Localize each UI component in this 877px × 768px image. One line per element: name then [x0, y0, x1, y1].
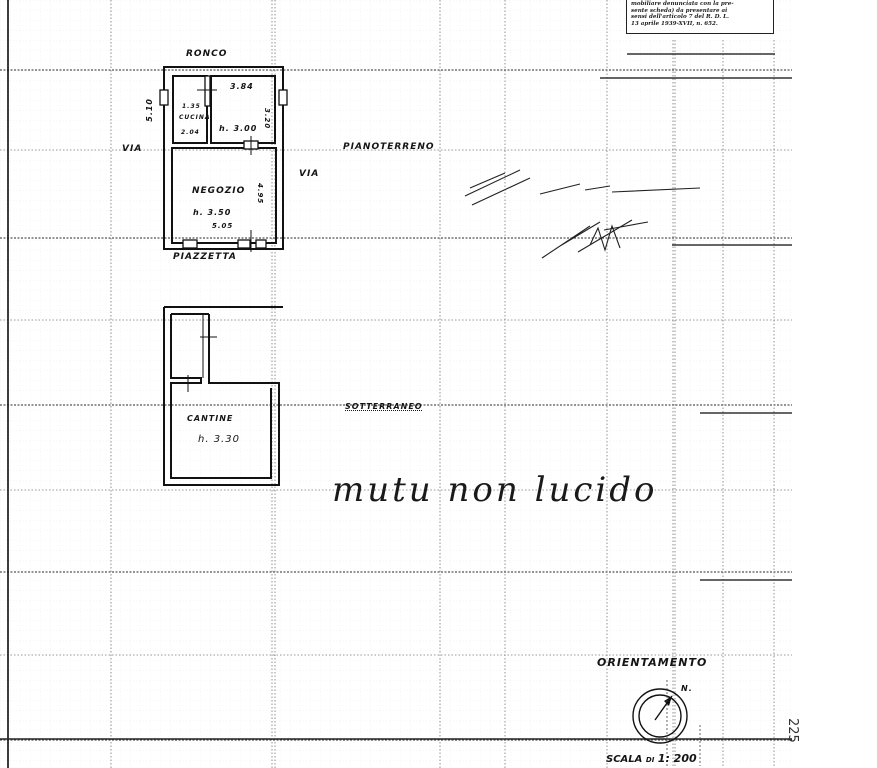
scale-of: DI [646, 756, 654, 764]
label-via-west: VIA [122, 144, 142, 154]
scale-value: 1: 200 [658, 752, 697, 765]
room-name-negozio: NEGOZIO [192, 186, 245, 196]
handwritten-note: mutu non lucido [332, 470, 658, 510]
north-label: N. [681, 684, 693, 693]
dim-room2-side: 3.20 [263, 108, 271, 129]
negozio-height: h. 3.50 [193, 208, 231, 217]
scale-label: SCALA DI 1: 200 [606, 752, 697, 765]
dim-cucina-bottom: 2.04 [181, 129, 200, 136]
cantine-height: h. 3.30 [198, 434, 240, 445]
room2-height: h. 3.00 [219, 124, 257, 133]
room-name-cucina: CUCINA [179, 114, 211, 121]
sheet-number: 225 [785, 718, 800, 743]
label-via-east: VIA [299, 169, 319, 179]
dim-cucina-top: 1.35 [182, 103, 201, 110]
label-piazzetta: PIAZZETTA [173, 252, 237, 262]
cadastral-plan-sheet: mobiliare denunciata con la pre- sente s… [0, 0, 877, 768]
title-sotterraneo: SOTTERRANEO [345, 402, 423, 411]
dim-room2-top: 3.84 [230, 82, 254, 91]
ground-floor-plan [0, 0, 877, 768]
title-pianoterreno: PIANOTERRENO [343, 142, 435, 152]
scale-word: SCALA [606, 754, 642, 765]
compass-icon [633, 689, 687, 743]
dim-negozio-side: 4.95 [256, 183, 264, 204]
label-ronco: RONCO [186, 49, 227, 59]
room-name-cantine: CANTINE [187, 414, 233, 423]
orientation-title: ORIENTAMENTO [597, 656, 707, 669]
dim-side: 5.10 [145, 98, 154, 122]
dim-negozio-bottom: 5.05 [212, 222, 233, 230]
